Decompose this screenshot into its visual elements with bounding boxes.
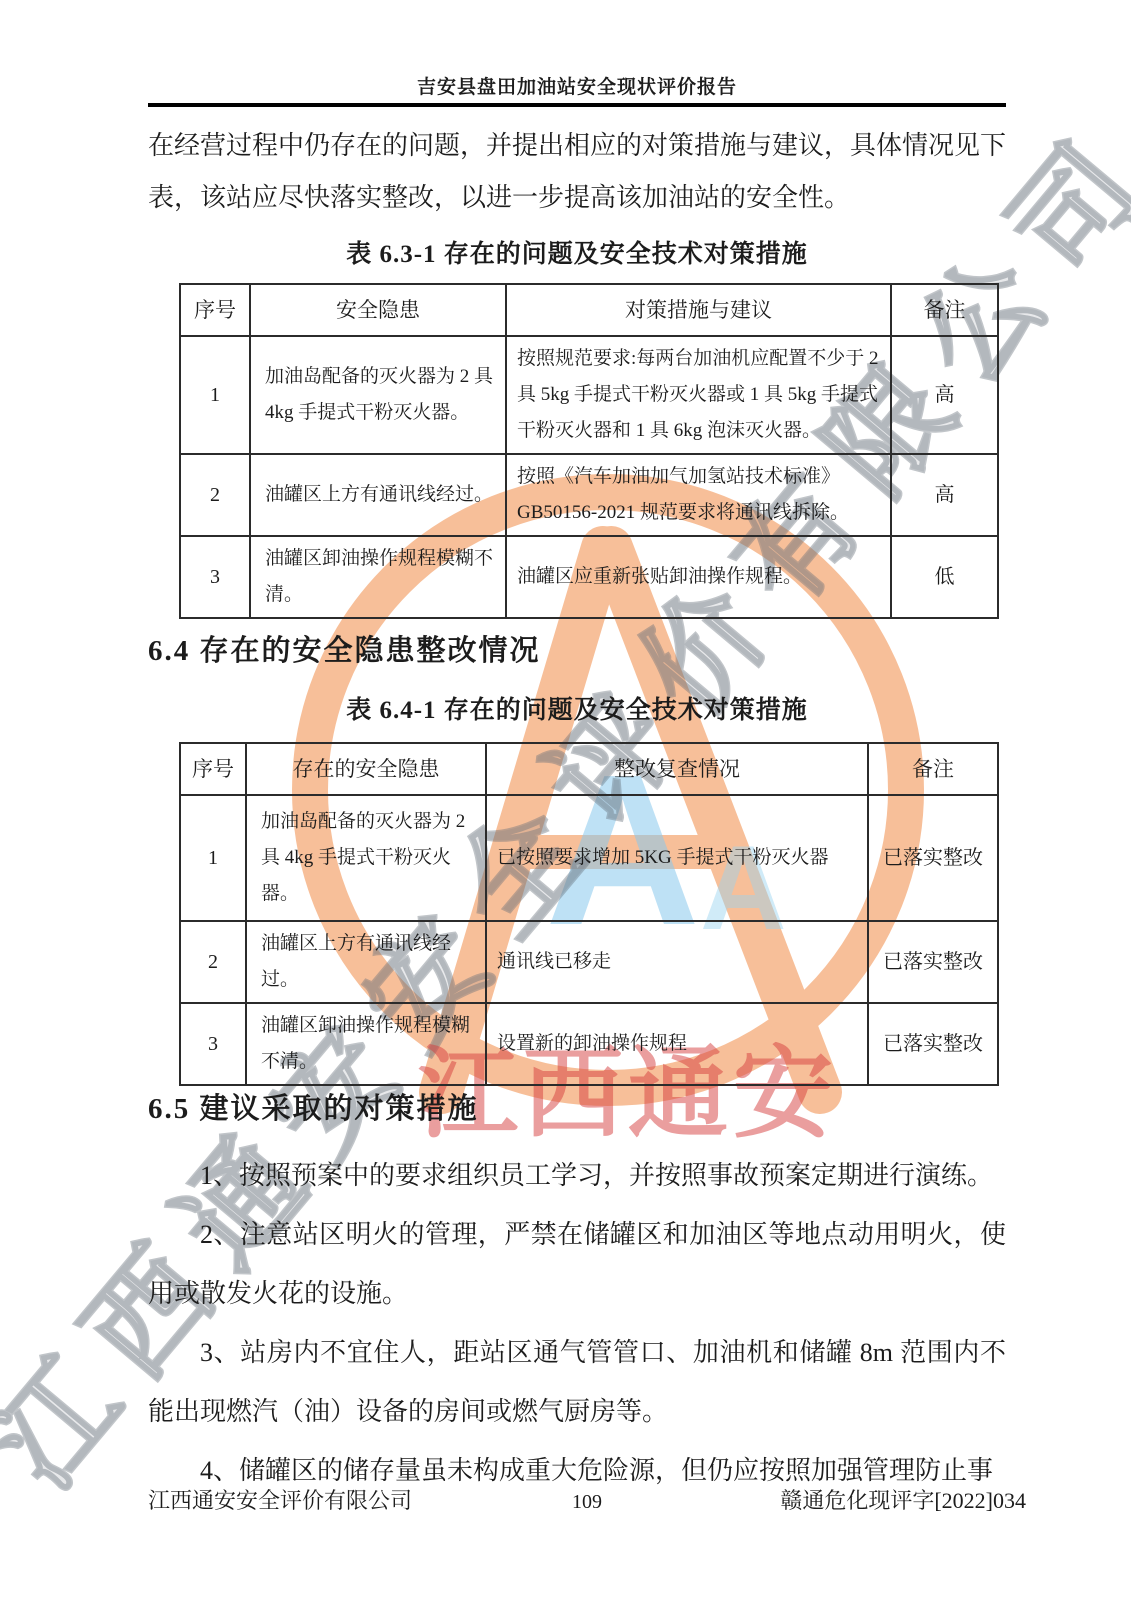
table-header-row: 序号存在的安全隐患整改复查情况备注: [180, 743, 998, 795]
table-cell: 1: [180, 795, 246, 921]
table-row: 1加油岛配备的灭火器为 2 具 4kg 手提式干粉灭火器。按照规范要求:每两台加…: [180, 336, 998, 454]
table-cell: 油罐区上方有通讯线经过。: [250, 454, 506, 536]
table-cell: 油罐区上方有通讯线经过。: [246, 921, 486, 1003]
table-header-cell: 序号: [180, 284, 250, 336]
advice-item-3: 3、站房内不宜住人，距站区通气管管口、加油机和储罐 8m 范围内不能出现燃汽（油…: [148, 1323, 1006, 1441]
hazard-measures-table: 序号安全隐患对策措施与建议备注1加油岛配备的灭火器为 2 具 4kg 手提式干粉…: [179, 283, 999, 619]
table-cell: 通讯线已移走: [486, 921, 868, 1003]
table-row: 2油罐区上方有通讯线经过。通讯线已移走已落实整改: [180, 921, 998, 1003]
section-6-4-heading: 6.4 存在的安全隐患整改情况: [148, 628, 541, 669]
advice-item-2: 2、注意站区明火的管理，严禁在储罐区和加油区等地点动用明火，使用或散发火花的设施…: [148, 1205, 1006, 1323]
table-cell: 已落实整改: [868, 1003, 998, 1085]
table2-title: 表 6.4-1 存在的问题及安全技术对策措施: [148, 690, 1006, 726]
table-cell: 高: [891, 336, 998, 454]
table-cell: 油罐区卸油操作规程模糊不清。: [246, 1003, 486, 1085]
table-header-cell: 安全隐患: [250, 284, 506, 336]
table-cell: 3: [180, 536, 250, 618]
advice-list: 1、按照预案中的要求组织员工学习，并按照事故预案定期进行演练。 2、注意站区明火…: [148, 1146, 1006, 1500]
footer-document-number: 赣通危化现评字[2022]034: [647, 1484, 1026, 1515]
table-header-cell: 备注: [868, 743, 998, 795]
table-cell: 高: [891, 454, 998, 536]
table-row: 1加油岛配备的灭火器为 2 具 4kg 手提式干粉灭火器。已按照要求增加 5KG…: [180, 795, 998, 921]
table-cell: 油罐区卸油操作规程模糊不清。: [250, 536, 506, 618]
footer-page-number: 109: [527, 1491, 647, 1514]
table-cell: 3: [180, 1003, 246, 1085]
table-cell: 已按照要求增加 5KG 手提式干粉灭火器: [486, 795, 868, 921]
table-header-row: 序号安全隐患对策措施与建议备注: [180, 284, 998, 336]
section-6-5-heading: 6.5 建议采取的对策措施: [148, 1086, 479, 1127]
table-cell: 加油岛配备的灭火器为 2 具 4kg 手提式干粉灭火器。: [250, 336, 506, 454]
content-layer: 吉安县盘田加油站安全现状评价报告 在经营过程中仍存在的问题，并提出相应的对策措施…: [0, 0, 1131, 1600]
page-header-title: 吉安县盘田加油站安全现状评价报告: [148, 72, 1006, 99]
table-row: 3油罐区卸油操作规程模糊不清。设置新的卸油操作规程已落实整改: [180, 1003, 998, 1085]
table-header-cell: 备注: [891, 284, 998, 336]
table-cell: 设置新的卸油操作规程: [486, 1003, 868, 1085]
intro-paragraph: 在经营过程中仍存在的问题，并提出相应的对策措施与建议，具体情况见下表，该站应尽快…: [148, 120, 1006, 224]
advice-item-1: 1、按照预案中的要求组织员工学习，并按照事故预案定期进行演练。: [148, 1146, 1006, 1205]
table-cell: 加油岛配备的灭火器为 2 具 4kg 手提式干粉灭火器。: [246, 795, 486, 921]
table-cell: 按照《汽车加油加气加氢站技术标准》GB50156-2021 规范要求将通讯线拆除…: [506, 454, 891, 536]
table-header-cell: 序号: [180, 743, 246, 795]
table-cell: 2: [180, 921, 246, 1003]
table-cell: 2: [180, 454, 250, 536]
table-header-cell: 对策措施与建议: [506, 284, 891, 336]
table-cell: 低: [891, 536, 998, 618]
footer-company-name: 江西通安安全评价有限公司: [148, 1484, 527, 1515]
table-header-cell: 整改复查情况: [486, 743, 868, 795]
table-row: 2油罐区上方有通讯线经过。按照《汽车加油加气加氢站技术标准》GB50156-20…: [180, 454, 998, 536]
table1-title: 表 6.3-1 存在的问题及安全技术对策措施: [148, 234, 1006, 270]
table-cell: 已落实整改: [868, 921, 998, 1003]
table-row: 3油罐区卸油操作规程模糊不清。油罐区应重新张贴卸油操作规程。低: [180, 536, 998, 618]
header-rule: [148, 103, 1006, 107]
page-footer: 江西通安安全评价有限公司 109 赣通危化现评字[2022]034: [148, 1484, 1026, 1515]
table-cell: 已落实整改: [868, 795, 998, 921]
rectification-review-table: 序号存在的安全隐患整改复查情况备注1加油岛配备的灭火器为 2 具 4kg 手提式…: [179, 742, 999, 1086]
table-cell: 按照规范要求:每两台加油机应配置不少于 2 具 5kg 手提式干粉灭火器或 1 …: [506, 336, 891, 454]
table-cell: 1: [180, 336, 250, 454]
table-cell: 油罐区应重新张贴卸油操作规程。: [506, 536, 891, 618]
document-page: A A 江西通安安全评价有限公司 江西通安 吉安县盘田加油站安全现状评价报告 在…: [0, 0, 1131, 1600]
table-header-cell: 存在的安全隐患: [246, 743, 486, 795]
